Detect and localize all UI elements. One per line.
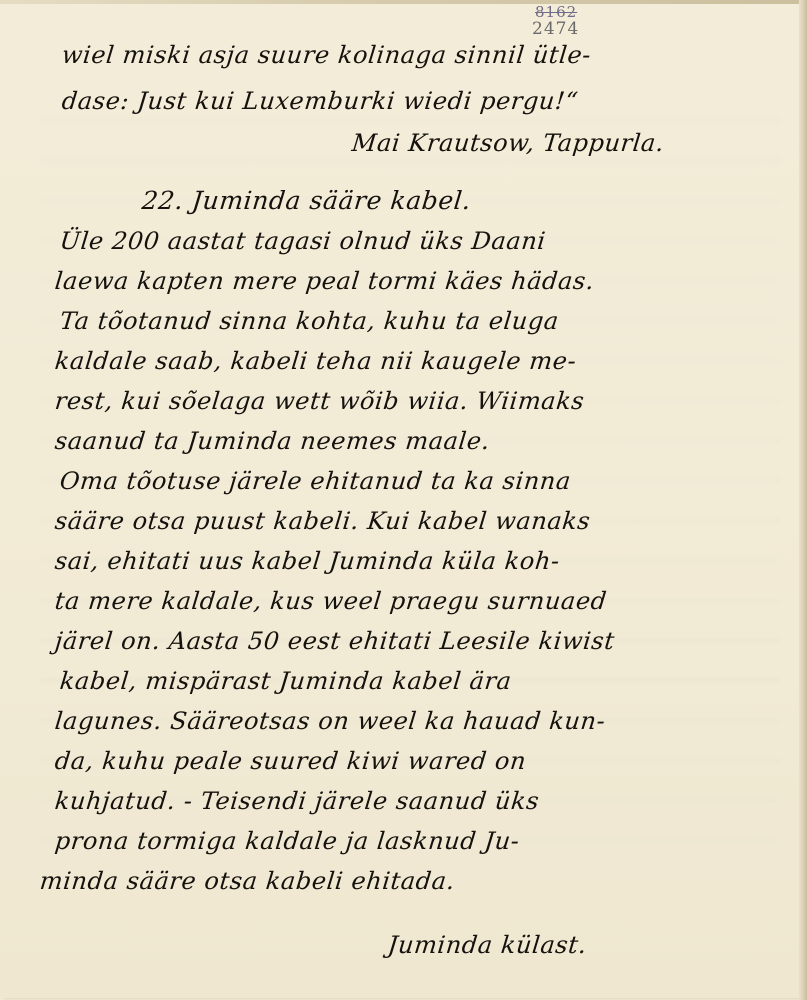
story-line: rest, kui sõelaga wett wõib wiia. Wiimak… — [53, 386, 586, 416]
manuscript-page: 8162 2474 wiel miski asja suure kolinaga… — [0, 0, 800, 998]
story-line: sai, ehitati uus kabel Juminda küla koh- — [53, 546, 561, 576]
story-line: kaldale saab, kabeli teha nii kaugele me… — [53, 346, 578, 376]
story-line: kabel, mispärast Juminda kabel ära — [58, 666, 513, 696]
story-line: Ta tõotanud sinna kohta, kuhu ta eluga — [58, 306, 560, 336]
story-line: kuhjatud. - Teisendi järele saanud üks — [53, 786, 540, 816]
story-line: ta mere kaldale, kus weel praegu surnuae… — [53, 586, 608, 616]
story-line: laewa kapten mere peal tormi käes hädas. — [53, 266, 595, 296]
archive-number-struck: 8162 — [535, 4, 577, 20]
page-top-edge — [0, 0, 807, 4]
story-line: lagunes. Sääreotsas on weel ka hauad kun… — [53, 706, 607, 736]
story-line: Üle 200 aastat tagasi olnud üks Daani — [58, 226, 547, 256]
story-line: sääre otsa puust kabeli. Kui kabel wanak… — [53, 506, 592, 536]
previous-story-signature: Mai Krautsow, Tappurla. — [350, 128, 665, 158]
archive-number: 2474 — [532, 21, 579, 37]
story-line: järel on. Aasta 50 eest ehitati Leesile … — [53, 626, 616, 656]
story-line: prona tormiga kaldale ja lasknud Ju- — [53, 826, 521, 856]
story-line: saanud ta Juminda neemes maale. — [53, 426, 491, 456]
story-line: Oma tõotuse järele ehitanud ta ka sinna — [58, 466, 572, 496]
page-right-edge — [799, 0, 807, 1000]
story-signature: Juminda külast. — [386, 930, 588, 960]
story-line: da, kuhu peale suured kiwi wared on — [53, 746, 527, 776]
previous-story-line-2: dase: Just kui Luxemburki wiedi pergu!“ — [60, 86, 579, 116]
story-line: minda sääre otsa kabeli ehitada. — [38, 866, 456, 896]
previous-story-line-1: wiel miski asja suure kolinaga sinnil üt… — [60, 40, 592, 70]
story-title: 22. Juminda sääre kabel. — [140, 186, 472, 216]
